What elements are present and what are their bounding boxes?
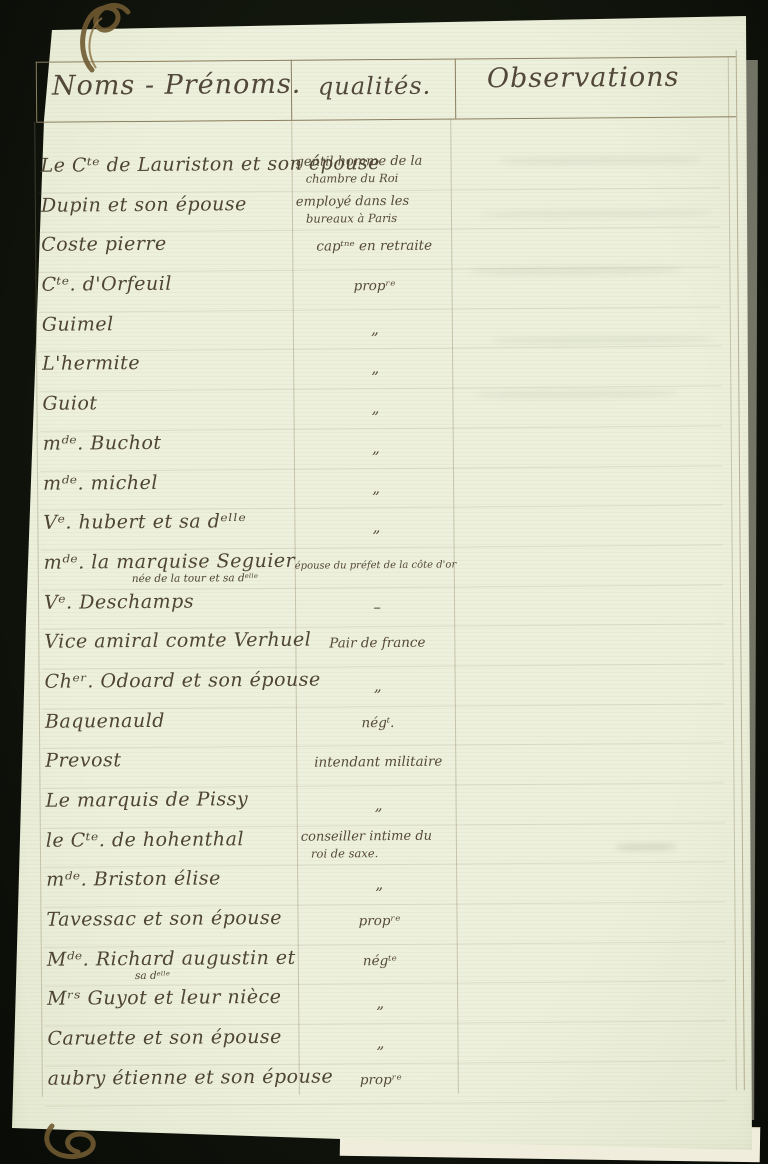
row-name: Guimel <box>42 312 290 336</box>
row-qualite: „ <box>296 676 460 695</box>
row-name: mᵈᵉ. la marquise Seguiernée de la tour e… <box>44 550 292 574</box>
row-qualite: „ <box>298 1034 462 1053</box>
header-bottom-border <box>36 116 736 122</box>
row-name: mᵈᵉ. Buchot <box>43 431 291 455</box>
row-qualite: – <box>295 597 459 616</box>
row-name: mᵈᵉ. Briston élise <box>46 867 294 891</box>
table-row: Chᵉʳ. Odoard et son épouse„ <box>42 664 724 709</box>
row-name: Caruette et son épouse <box>47 1026 295 1050</box>
table-row: Le marquis de Pissy„ <box>42 783 724 828</box>
row-name: L'hermite <box>42 351 290 375</box>
bleed-through-mark <box>616 844 676 850</box>
row-name: Mᵈᵉ. Richard augustin etsa dᵉˡˡᵉ <box>47 947 295 971</box>
table-row: L'hermite„ <box>39 347 721 392</box>
table-row: Baquenauldnégᵗ. <box>42 704 724 749</box>
table-row: mᵈᵉ. la marquise Seguiernée de la tour e… <box>41 545 723 590</box>
row-name: Chᵉʳ. Odoard et son épouse <box>45 669 293 693</box>
row-qualite-subtext: chambre du Roi <box>306 171 399 186</box>
table-row: Cᵗᵉ. d'Orfeuilpropʳᵉ <box>38 267 720 312</box>
row-qualite: „ <box>293 359 457 378</box>
table-row: Mʳˢ Guyot et leur nièce„ <box>44 982 726 1027</box>
table-row: mᵈᵉ. Buchot„ <box>40 426 722 471</box>
row-qualite: „ <box>298 994 462 1013</box>
header-qualites: qualités. <box>318 72 431 101</box>
row-qualite: négᵗ. <box>296 714 460 731</box>
row-qualite: capᵗⁿᵉ en retraite <box>292 238 456 255</box>
table-row: mᵈᵉ. Briston élise„ <box>43 863 725 908</box>
row-qualite: négᵗᵉ <box>298 952 462 969</box>
table-right-border-inner <box>728 56 737 1090</box>
row-qualite: „ <box>293 399 457 418</box>
row-name: mᵈᵉ. michel <box>43 470 291 494</box>
table-row: Le Cᵗᵉ de Lauriston et son épousegentil … <box>37 148 719 193</box>
table-row: Vice amiral comte VerhuelPair de france <box>41 625 723 670</box>
table-row: Tavessac et son épousepropʳᵉ <box>43 902 725 947</box>
row-name: Coste pierre <box>41 232 289 256</box>
table-row: Vᵉ. Deschamps– <box>41 585 723 630</box>
row-name: Baquenauld <box>45 708 293 732</box>
row-qualite: Pair de france <box>295 635 459 652</box>
column-separator-2 <box>455 58 456 118</box>
row-qualite: propʳᵉ <box>292 278 456 295</box>
row-name: le Cᵗᵉ. de hohenthal <box>46 827 294 851</box>
table-right-border-outer <box>736 50 745 1090</box>
row-name: Le marquis de Pissy <box>45 788 293 812</box>
row-name-subtext: sa dᵉˡˡᵉ <box>135 970 170 982</box>
table-left-border <box>36 62 37 122</box>
table-row: Vᵉ. hubert et sa dᵉˡˡᵉ„ <box>40 506 722 551</box>
row-name-subtext: née de la tour et sa dᵉˡˡᵉ <box>132 572 258 585</box>
row-qualite: conseiller intime duroi de saxe. <box>297 828 461 844</box>
row-name: Prevost <box>45 748 293 772</box>
row-qualite: „ <box>294 518 458 537</box>
row-name: Vᵉ. Deschamps <box>44 589 292 613</box>
table-row: Guimel„ <box>39 307 721 352</box>
row-qualite: „ <box>294 438 458 457</box>
row-name: Le Cᵗᵉ de Lauriston et son épouse <box>40 153 288 177</box>
table-row: mᵈᵉ. michel„ <box>40 466 722 511</box>
row-name: Mʳˢ Guyot et leur nièce <box>47 986 295 1010</box>
table-rows: Le Cᵗᵉ de Lauriston et son épousegentil … <box>37 148 726 1106</box>
row-qualite-subtext: roi de saxe. <box>311 846 378 861</box>
row-qualite: propʳᵉ <box>297 913 461 930</box>
row-qualite: gentil homme de lachambre du Roi <box>292 153 456 169</box>
table-row: Caruette et son épouse„ <box>44 1022 726 1067</box>
photographed-manuscript: Noms - Prénoms. qualités. Observations L… <box>0 0 768 1164</box>
row-name: Dupin et son épouse <box>41 192 289 216</box>
table-row: aubry étienne et son épousepropʳᵉ <box>45 1061 727 1106</box>
table-area: Noms - Prénoms. qualités. Observations L… <box>0 0 768 1164</box>
row-qualite: „ <box>297 875 461 894</box>
row-name: Vice amiral comte Verhuel <box>44 629 292 653</box>
binding-thread-bottom-icon <box>38 1120 128 1164</box>
header-observations: Observations <box>487 62 680 95</box>
table-row: Mᵈᵉ. Richard augustin etsa dᵉˡˡᵉnégᵗᵉ <box>44 942 726 987</box>
row-qualite: épouse du préfet de la côte d'or <box>295 559 459 571</box>
row-qualite: „ <box>297 795 461 814</box>
row-name: Cᵗᵉ. d'Orfeuil <box>41 272 289 296</box>
row-name: aubry étienne et son épouse <box>48 1066 296 1090</box>
binding-thread-top-icon <box>62 0 138 78</box>
row-qualite: intendant militaire <box>296 754 460 771</box>
row-name: Vᵉ. hubert et sa dᵉˡˡᵉ <box>43 510 291 534</box>
row-qualite: propʳᵉ <box>299 1071 463 1088</box>
row-qualite: „ <box>293 319 457 338</box>
row-qualite: „ <box>294 478 458 497</box>
row-qualite-subtext: bureaux à Paris <box>306 211 397 226</box>
table-row: Prevostintendant militaire <box>42 744 724 789</box>
row-qualite: employé dans lesbureaux à Paris <box>292 193 456 209</box>
row-name: Guiot <box>42 391 290 415</box>
row-name: Tavessac et son épouse <box>46 907 294 931</box>
